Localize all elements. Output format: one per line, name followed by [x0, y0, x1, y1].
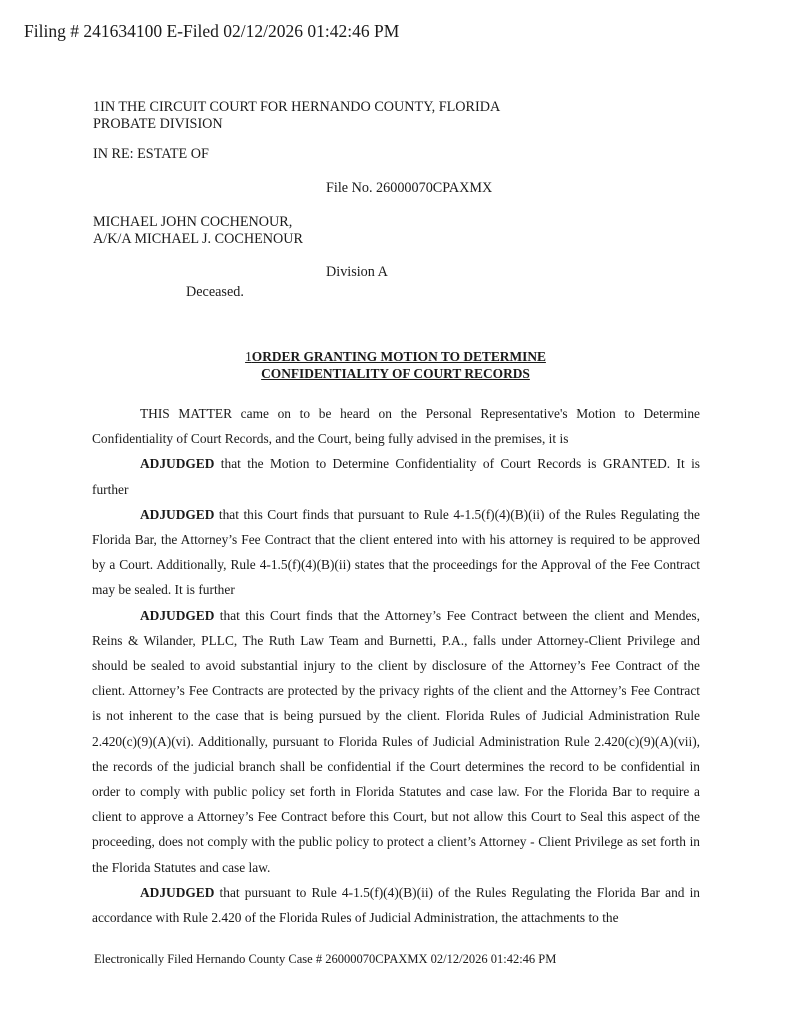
title-marker: 1 — [245, 349, 252, 364]
decedent-name: MICHAEL JOHN COCHENOUR, — [93, 214, 292, 231]
division-line: PROBATE DIVISION — [93, 116, 223, 133]
filing-header: Filing # 241634100 E-Filed 02/12/2026 01… — [24, 21, 399, 42]
order-title-line2: CONFIDENTIALITY OF COURT RECORDS — [0, 365, 791, 382]
file-number: File No. 26000070CPAXMX — [326, 180, 492, 197]
paragraph: ADJUDGED that the Motion to Determine Co… — [92, 451, 700, 501]
paragraph-text: THIS MATTER came on to be heard on the P… — [92, 406, 700, 446]
decedent-aka: A/K/A MICHAEL J. COCHENOUR — [93, 231, 303, 248]
title-text-1: ORDER GRANTING MOTION TO DETERMINE — [252, 349, 546, 364]
title-text-2: CONFIDENTIALITY OF COURT RECORDS — [261, 366, 530, 381]
paragraph: ADJUDGED that this Court finds that the … — [92, 603, 700, 880]
order-body: THIS MATTER came on to be heard on the P… — [92, 401, 700, 930]
paragraph: ADJUDGED that this Court finds that purs… — [92, 502, 700, 603]
electronic-filing-footer: Electronically Filed Hernando County Cas… — [94, 952, 556, 967]
court-line: 1IN THE CIRCUIT COURT FOR HERNANDO COUNT… — [93, 99, 500, 116]
order-title-line1: 1ORDER GRANTING MOTION TO DETERMINE — [0, 348, 791, 365]
in-re-line: IN RE: ESTATE OF — [93, 146, 209, 163]
paragraph-lead: ADJUDGED — [140, 608, 214, 623]
paragraph: THIS MATTER came on to be heard on the P… — [92, 401, 700, 451]
paragraph-text: that this Court finds that the Attorney’… — [92, 608, 700, 875]
division-label: Division A — [326, 264, 388, 281]
paragraph-lead: ADJUDGED — [140, 456, 214, 471]
paragraph-lead: ADJUDGED — [140, 507, 214, 522]
paragraph: ADJUDGED that pursuant to Rule 4-1.5(f)(… — [92, 880, 700, 930]
deceased-label: Deceased. — [186, 284, 244, 301]
paragraph-lead: ADJUDGED — [140, 885, 214, 900]
